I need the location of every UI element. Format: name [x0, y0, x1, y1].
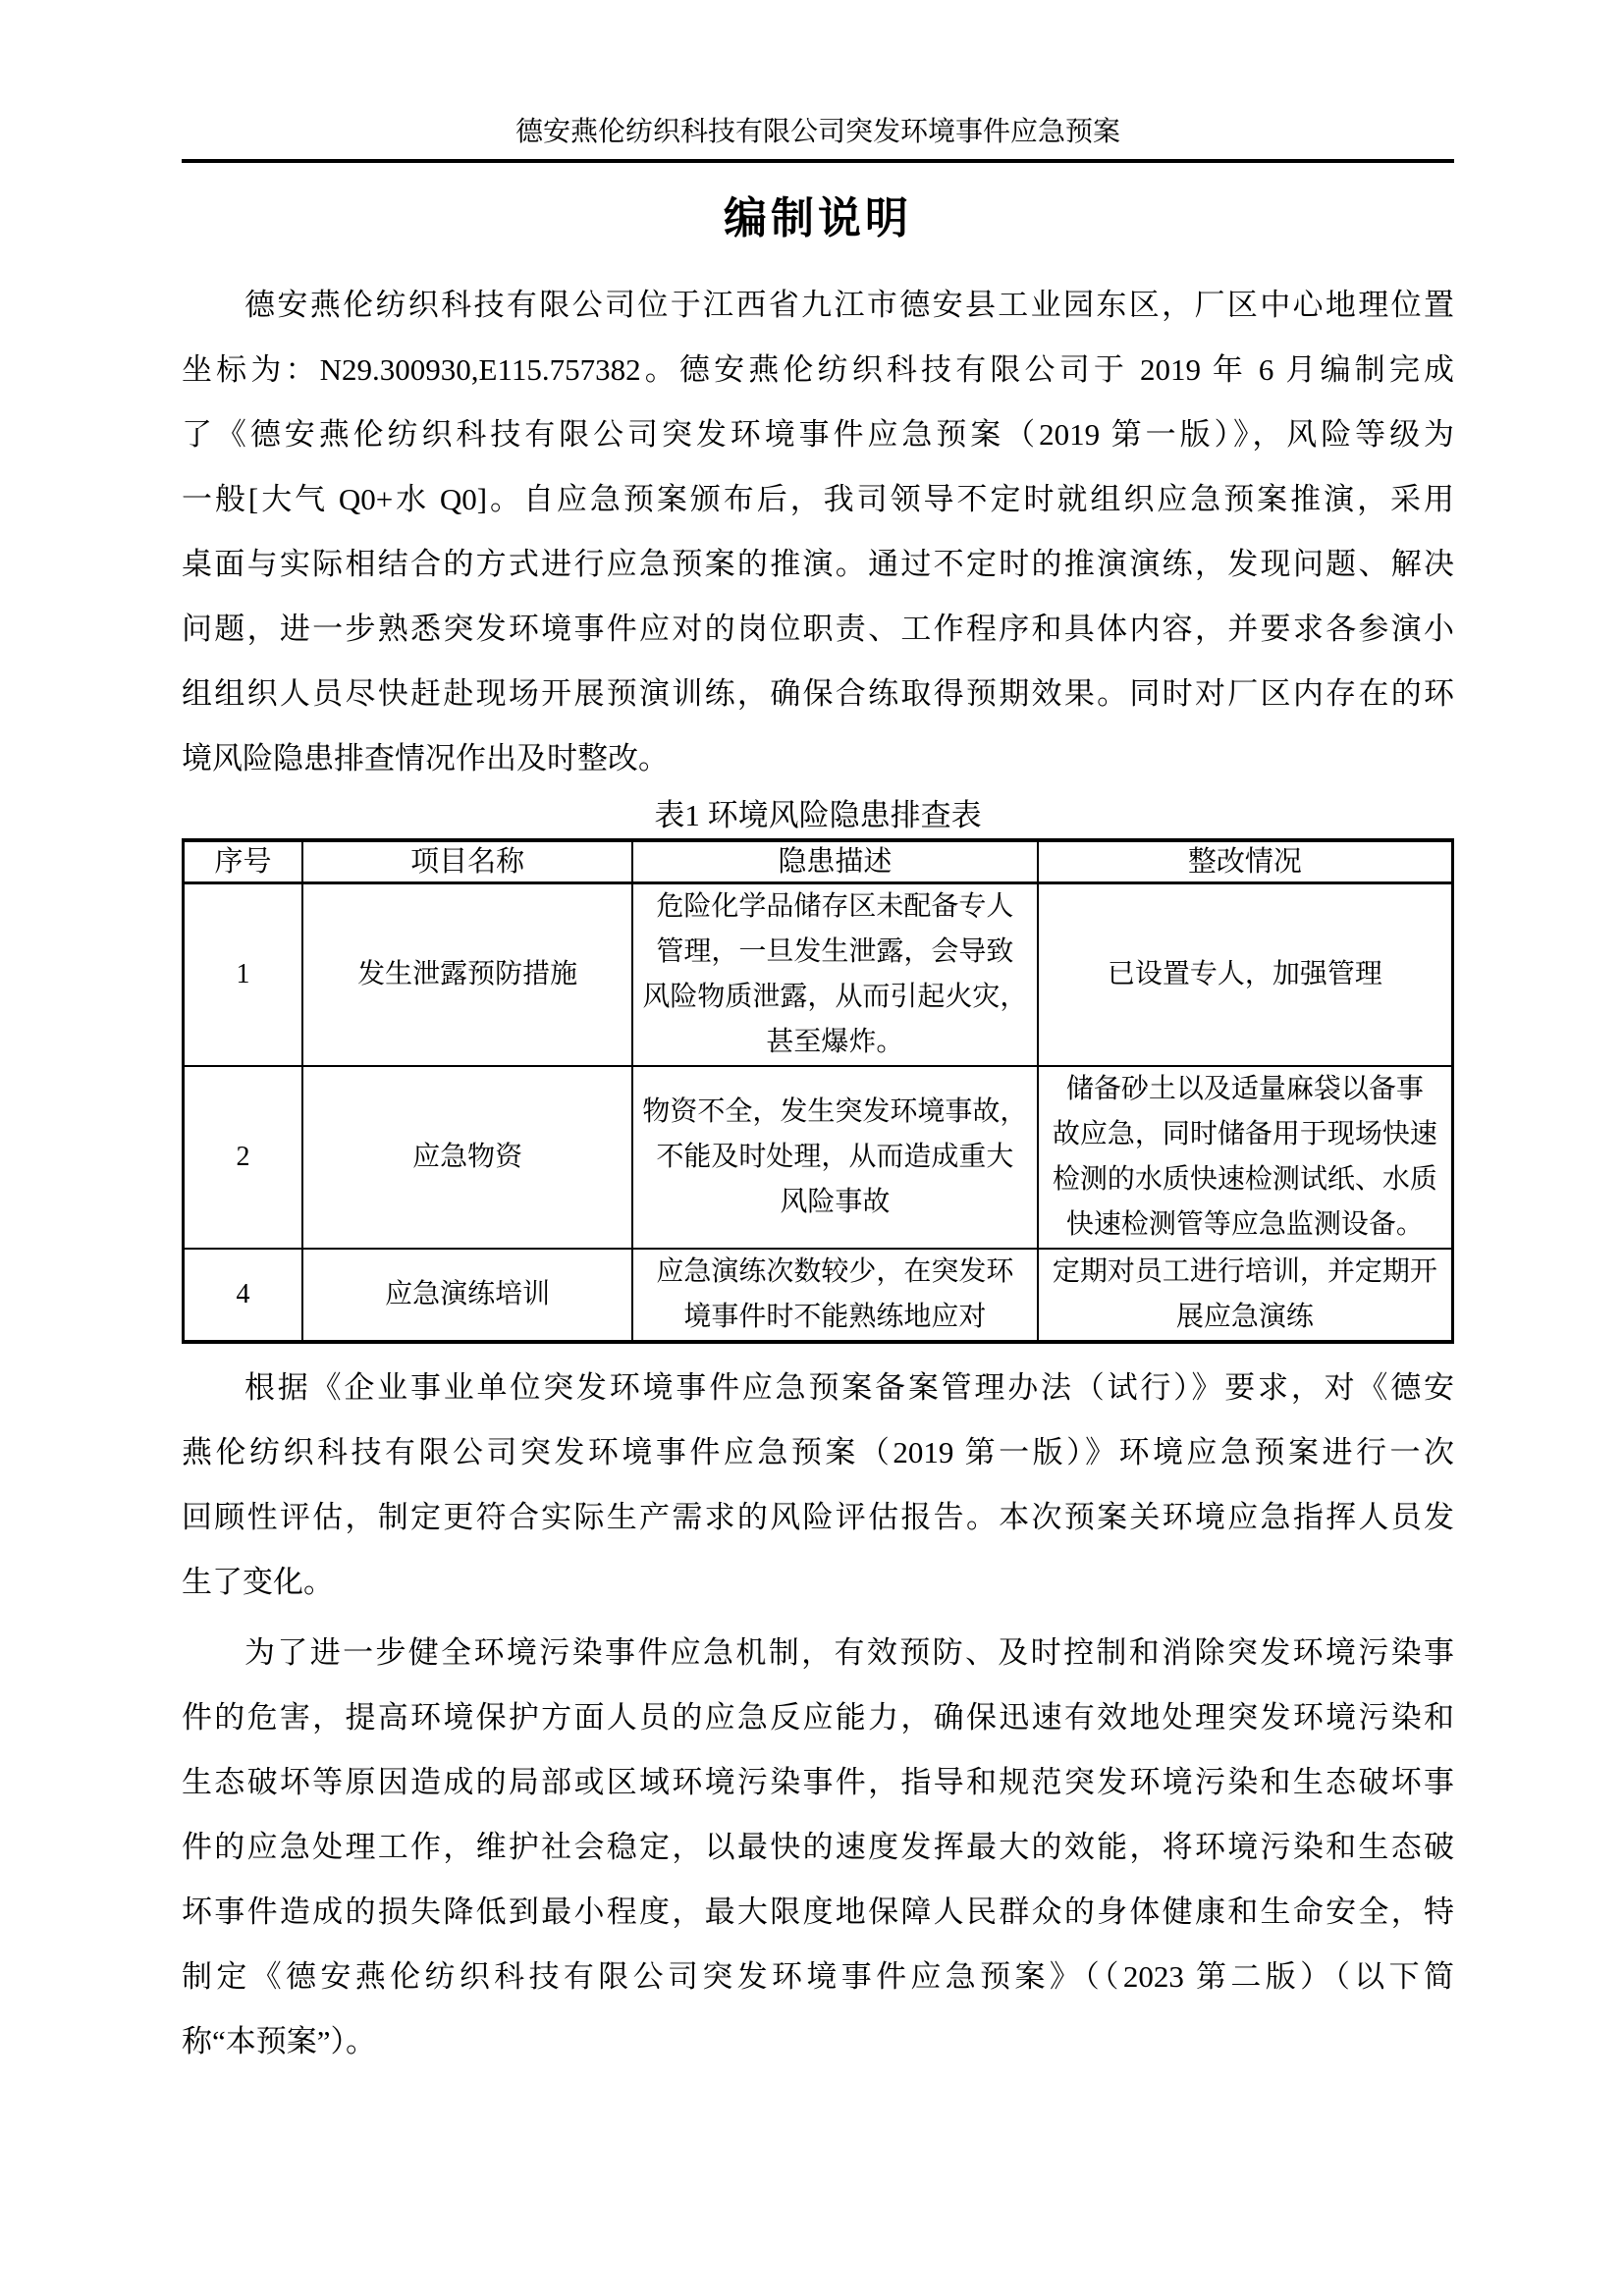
body-line: 坐标为：N29.300930,E115.757382。德安燕伦纺织科技有限公司于… [182, 338, 1454, 402]
cell-fix: 已设置专人，加强管理 [1038, 883, 1453, 1067]
body-line: 回顾性评估，制定更符合实际生产需求的风险评估报告。本次预案关环境应急指挥人员发 [182, 1485, 1454, 1550]
body-line: 境风险隐患排查情况作出及时整改。 [182, 726, 1454, 791]
col-header-hazard: 隐患描述 [632, 840, 1037, 883]
body-line: 为了进一步健全环境污染事件应急机制，有效预防、及时控制和消除突发环境污染事 [182, 1621, 1454, 1685]
cell-seq: 1 [184, 883, 303, 1067]
body-line: 生了变化。 [182, 1550, 1454, 1615]
page-title: 编制说明 [182, 190, 1454, 247]
paragraph-intro: 德安燕伦纺织科技有限公司位于江西省九江市德安县工业园东区，厂区中心地理位置 坐标… [182, 273, 1454, 791]
table-caption: 表1 环境风险隐患排查表 [182, 793, 1454, 838]
col-header-item: 项目名称 [302, 840, 632, 883]
header-rule [182, 159, 1454, 163]
paragraph-review: 根据《企业事业单位突发环境事件应急预案备案管理办法（试行）》要求，对《德安 燕伦… [182, 1356, 1454, 1615]
page-content: 德安燕伦纺织科技有限公司突发环境事件应急预案 编制说明 德安燕伦纺织科技有限公司… [182, 0, 1454, 2074]
cell-item: 应急物资 [302, 1066, 632, 1249]
cell-hazard: 物资不全，发生突发环境事故， 不能及时处理，从而造成重大 风险事故 [632, 1066, 1037, 1249]
risk-inspection-table: 序号 项目名称 隐患描述 整改情况 1 发生泄露预防措施 危险化学品储存区未配备… [182, 838, 1454, 1344]
table-row: 2 应急物资 物资不全，发生突发环境事故， 不能及时处理，从而造成重大 风险事故… [184, 1066, 1453, 1249]
cell-fix: 储备砂土以及适量麻袋以备事 故应急，同时储备用于现场快速 检测的水质快速检测试纸… [1038, 1066, 1453, 1249]
running-header-text: 德安燕伦纺织科技有限公司突发环境事件应急预案 [515, 117, 1120, 147]
body-line: 了《德安燕伦纺织科技有限公司突发环境事件应急预案（2019 第一版）》，风险等级… [182, 402, 1454, 467]
body-line: 坏事件造成的损失降低到最小程度，最大限度地保障人民群众的身体健康和生命安全，特 [182, 1880, 1454, 1945]
cell-item: 应急演练培训 [302, 1249, 632, 1342]
body-line: 组组织人员尽快赶赴现场开展预演训练，确保合练取得预期效果。同时对厂区内存在的环 [182, 662, 1454, 726]
body-line: 一般[大气 Q0+水 Q0]。自应急预案颁布后，我司领导不定时就组织应急预案推演… [182, 467, 1454, 532]
table-row: 4 应急演练培训 应急演练次数较少，在突发环 境事件时不能熟练地应对 定期对员工… [184, 1249, 1453, 1342]
table-header-row: 序号 项目名称 隐患描述 整改情况 [184, 840, 1453, 883]
cell-hazard: 应急演练次数较少，在突发环 境事件时不能熟练地应对 [632, 1249, 1037, 1342]
body-line: 制定《德安燕伦纺织科技有限公司突发环境事件应急预案》（（2023 第二版）（以下… [182, 1945, 1454, 2009]
paragraph-purpose: 为了进一步健全环境污染事件应急机制，有效预防、及时控制和消除突发环境污染事 件的… [182, 1621, 1454, 2074]
body-line: 问题，进一步熟悉突发环境事件应对的岗位职责、工作程序和具体内容，并要求各参演小 [182, 597, 1454, 662]
document-page: 德安燕伦纺织科技有限公司突发环境事件应急预案 编制说明 德安燕伦纺织科技有限公司… [0, 0, 1624, 2296]
body-line: 件的应急处理工作，维护社会稳定，以最快的速度发挥最大的效能，将环境污染和生态破 [182, 1815, 1454, 1880]
cell-hazard: 危险化学品储存区未配备专人 管理，一旦发生泄露，会导致 风险物质泄露，从而引起火… [632, 883, 1037, 1067]
running-header: 德安燕伦纺织科技有限公司突发环境事件应急预案 [182, 0, 1454, 149]
body-line: 称“本预案”）。 [182, 2009, 1454, 2074]
cell-item: 发生泄露预防措施 [302, 883, 632, 1067]
cell-seq: 2 [184, 1066, 303, 1249]
col-header-seq: 序号 [184, 840, 303, 883]
table-row: 1 发生泄露预防措施 危险化学品储存区未配备专人 管理，一旦发生泄露，会导致 风… [184, 883, 1453, 1067]
cell-seq: 4 [184, 1249, 303, 1342]
body-line: 件的危害，提高环境保护方面人员的应急反应能力，确保迅速有效地处理突发环境污染和 [182, 1685, 1454, 1750]
cell-fix: 定期对员工进行培训，并定期开 展应急演练 [1038, 1249, 1453, 1342]
body-line: 根据《企业事业单位突发环境事件应急预案备案管理办法（试行）》要求，对《德安 [182, 1356, 1454, 1420]
body-line: 德安燕伦纺织科技有限公司位于江西省九江市德安县工业园东区，厂区中心地理位置 [182, 273, 1454, 338]
col-header-fix: 整改情况 [1038, 840, 1453, 883]
body-line: 桌面与实际相结合的方式进行应急预案的推演。通过不定时的推演演练，发现问题、解决 [182, 532, 1454, 597]
body-line: 燕伦纺织科技有限公司突发环境事件应急预案（2019 第一版）》环境应急预案进行一… [182, 1420, 1454, 1485]
body-line: 生态破坏等原因造成的局部或区域环境污染事件，指导和规范突发环境污染和生态破坏事 [182, 1750, 1454, 1815]
